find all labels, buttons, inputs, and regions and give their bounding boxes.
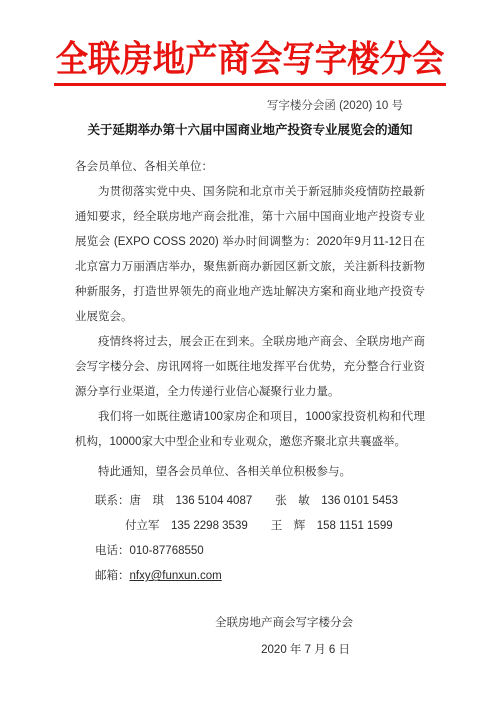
organization-title: 全联房地产商会写字楼分会: [25, 38, 475, 80]
phone-row: 电话：010-87768550: [95, 539, 425, 564]
body-paragraph: 疫情终将过去，展会正在到来。全联房地产商会、全联房地产商会写字楼分会、房讯网将一…: [75, 330, 425, 405]
email-link[interactable]: nfxy@funxun.com: [130, 570, 222, 582]
notice-body: 各会员单位、各相关单位： 为贯彻落实党中央、国务院和北京市关于新冠肺炎疫情防控最…: [75, 155, 425, 664]
document-number: 写字楼分会函 (2020) 10 号: [0, 99, 500, 114]
signature-date: 2020 年 7 月 6 日: [75, 637, 353, 664]
notice-document-page: 全联房地产商会写字楼分会 写字楼分会函 (2020) 10 号 关于延期举办第十…: [0, 0, 500, 707]
signature-block: 全联房地产商会写字楼分会 2020 年 7 月 6 日: [75, 610, 425, 664]
contact-row: 联系：唐 琪 136 5104 4087 张 敏 136 0101 5453: [95, 489, 425, 514]
contact-persons-row-2: 付立军 135 2298 3539 王 辉 158 1151 1599: [125, 520, 393, 532]
signature-organization: 全联房地产商会写字楼分会: [75, 610, 353, 637]
phone-label: 电话：: [95, 545, 130, 557]
notice-title: 关于延期举办第十六届中国商业地产投资专业展览会的通知: [0, 122, 500, 139]
red-divider-rule: [54, 83, 446, 86]
email-row: 邮箱：nfxy@funxun.com: [95, 564, 425, 589]
closing-line: 特此通知，望各会员单位、各相关单位积极参与。: [75, 460, 425, 485]
salutation-line: 各会员单位、各相关单位：: [75, 155, 425, 180]
contact-row: 付立军 135 2298 3539 王 辉 158 1151 1599: [95, 514, 425, 539]
phone-value: 010-87768550: [130, 545, 204, 557]
body-paragraph: 为贯彻落实党中央、国务院和北京市关于新冠肺炎疫情防控最新通知要求，经全联房地产商…: [75, 180, 425, 330]
contact-block: 联系：唐 琪 136 5104 4087 张 敏 136 0101 5453 付…: [75, 489, 425, 589]
body-paragraph: 我们将一如既往邀请100家房企和项目，1000家投资机构和代理机构，10000家…: [75, 405, 425, 455]
email-label: 邮箱：: [95, 570, 130, 582]
contact-persons-row-1: 唐 琪 136 5104 4087 张 敏 136 0101 5453: [130, 495, 399, 507]
contact-label: 联系：: [95, 495, 130, 507]
